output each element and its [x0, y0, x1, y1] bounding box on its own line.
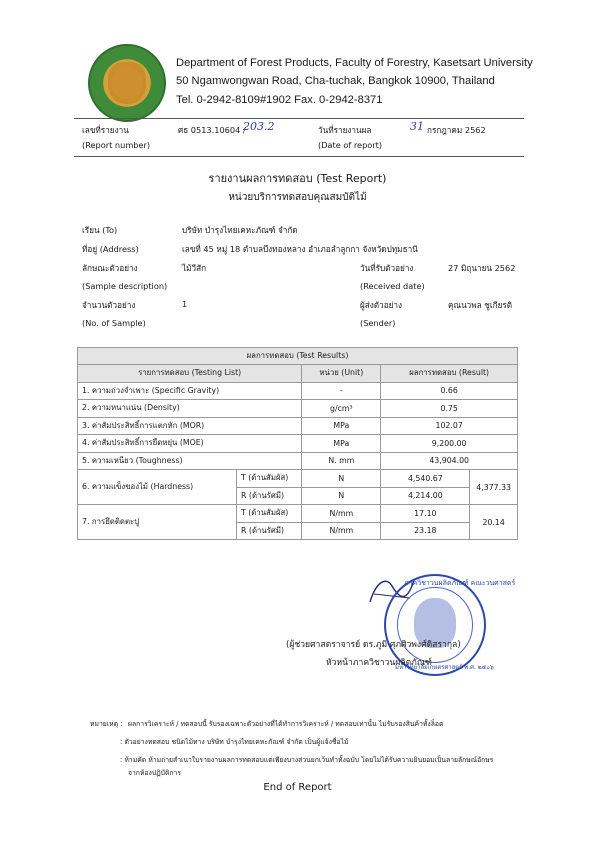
address-value: เลขที่ 45 หมู่ 18 ตำบลบึงทองหลาง อำเภอลำ…: [182, 243, 418, 256]
received-date-label: วันที่รับตัวอย่าง: [360, 262, 413, 275]
report-title: รายงานผลการทดสอบ (Test Report): [0, 169, 595, 187]
signer-name: (ผู้ช่วยศาสตราจารย์ ดร.ภูมิ ศุภศิวพงศ์ดิ…: [286, 637, 461, 651]
report-date-label-en: (Date of report): [318, 140, 382, 150]
report-number-prefix: ศธ 0513.10604 /: [178, 124, 246, 137]
nail-holding-average: 20.14: [470, 505, 518, 540]
table-caption: ผลการทดสอบ (Test Results): [78, 348, 518, 365]
department-contact: Tel. 0-2942-8109#1902 Fax. 0-2942-8371: [176, 94, 383, 106]
report-number-value: 203.2: [243, 120, 275, 133]
address-label: ที่อยู่ (Address): [82, 243, 139, 256]
hardness-label: 6. ความแข็งของไม้ (Hardness): [78, 470, 237, 505]
received-date-value: 27 มิถุนายน 2562: [448, 262, 515, 275]
end-of-report: End of Report: [0, 782, 595, 793]
stamp-top-text: ภาควิชาวนผลิตภัณฑ์ คณะวนศาสตร์: [404, 578, 515, 589]
report-subtitle: หน่วยบริการทดสอบคุณสมบัติไม้: [0, 190, 595, 205]
table-row: 3. ค่าสัมประสิทธิ์การแตกหัก (MOR) MPa 10…: [78, 417, 518, 435]
seal-emblem-icon: [108, 62, 146, 104]
meta-divider: [74, 156, 524, 157]
report-number-label-en: (Report number): [82, 140, 150, 150]
sample-count-value: 1: [182, 299, 187, 309]
note-line: จากห้องปฏิบัติการ: [128, 767, 181, 778]
sample-count-label: จำนวนตัวอย่าง: [82, 299, 135, 312]
table-row-nail-t: 7. การยึดติดตะปู T (ด้านสัมผัส) N/mm 17.…: [78, 505, 518, 523]
university-seal-logo: [88, 44, 166, 122]
notes-label: หมายเหตุ :: [90, 718, 122, 729]
signer-position: หัวหน้าภาควิชาวนผลิตภัณฑ์: [326, 655, 432, 669]
sender-label-en: (Sender): [360, 318, 395, 328]
table-row: 1. ความถ่วงจำเพาะ (Specific Gravity) - 0…: [78, 382, 518, 400]
sample-description-value: ไม้วีสัก: [182, 262, 206, 275]
table-row-hardness-t: 6. ความแข็งของไม้ (Hardness) T (ด้านสัมผ…: [78, 470, 518, 488]
table-row: 2. ความหนาแน่น (Density) g/cm³ 0.75: [78, 400, 518, 418]
to-value: บริษัท บำรุงไทยเคหะภัณฑ์ จำกัด: [182, 224, 298, 237]
department-name: Department of Forest Products, Faculty o…: [176, 57, 533, 69]
note-line: : ห้ามคัด ห้ามถ่ายสำเนาใบรายงานผลการทดสอ…: [120, 754, 493, 765]
report-date-month-year: กรกฎาคม 2562: [427, 124, 486, 137]
received-date-label-en: (Received date): [360, 281, 425, 291]
report-date-label: วันที่รายงานผล: [318, 124, 371, 137]
sender-value: คุณนวพล ชูเกียรติ: [448, 299, 512, 312]
note-line: : ตัวอย่างทดสอบ ชนิดไม้ทาง บริษัท บำรุงไ…: [120, 736, 349, 747]
sample-count-label-en: (No. of Sample): [82, 318, 146, 328]
sample-description-label: ลักษณะตัวอย่าง: [82, 262, 138, 275]
test-results-table: ผลการทดสอบ (Test Results) รายการทดสอบ (T…: [77, 347, 518, 540]
column-header-result: ผลการทดสอบ (Result): [381, 365, 518, 383]
hardness-average: 4,377.33: [470, 470, 518, 505]
to-label: เรียน (To): [82, 224, 117, 237]
sender-label: ผู้ส่งตัวอย่าง: [360, 299, 402, 312]
header-divider: [74, 118, 524, 119]
report-date-day: 31: [410, 120, 424, 133]
report-number-label: เลขที่รายงาน: [82, 124, 129, 137]
nail-holding-label: 7. การยึดติดตะปู: [78, 505, 237, 540]
column-header-unit: หน่วย (Unit): [302, 365, 381, 383]
table-row: 5. ความเหนียว (Toughness) N. mm 43,904.0…: [78, 452, 518, 470]
department-address: 50 Ngamwongwan Road, Cha-tuchak, Bangkok…: [176, 75, 495, 87]
note-line: ผลการวิเคราะห์ / ทดสอบนี้ รับรองเฉพาะตัว…: [128, 718, 443, 729]
sample-description-label-en: (Sample description): [82, 281, 167, 291]
column-header-testing-list: รายการทดสอบ (Testing List): [78, 365, 302, 383]
table-row: 4. ค่าสัมประสิทธิ์การยืดหยุ่น (MOE) MPa …: [78, 435, 518, 453]
